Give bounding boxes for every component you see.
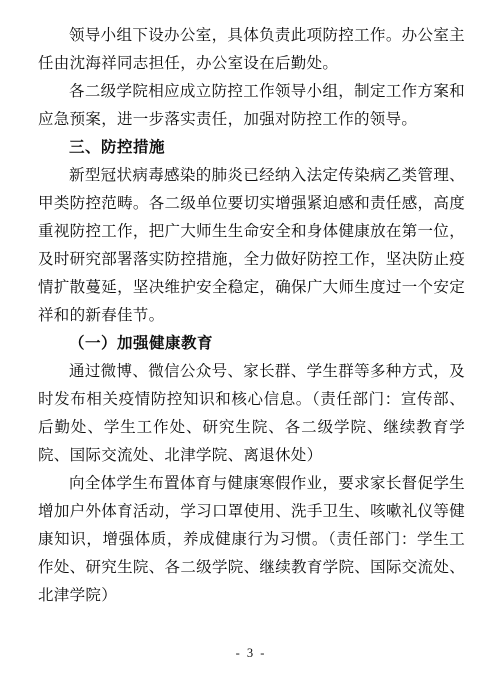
subsection-heading-health-education: （一）加强健康教育 <box>38 330 465 358</box>
paragraph-information-release: 通过微博、微信公众号、家长群、学生群等多种方式，及时发布相关疫情防控知识和核心信… <box>38 358 465 470</box>
paragraph-winter-homework: 向全体学生布置体育与健康寒假作业，要求家长督促学生增加户外体育活动，学习口罩使用… <box>38 470 465 610</box>
document-body: 领导小组下设办公室，具体负责此项防控工作。办公室主任由沈海祥同志担任，办公室设在… <box>38 22 465 610</box>
paragraph-secondary-college-groups: 各二级学院相应成立防控工作领导小组，制定工作方案和应急预案，进一步落实责任，加强… <box>38 78 465 134</box>
paragraph-epidemic-classification: 新型冠状病毒感染的肺炎已经纳入法定传染病乙类管理、甲类防控范畴。各二级单位要切实… <box>38 162 465 330</box>
section-heading-prevention-measures: 三、防控措施 <box>38 134 465 162</box>
paragraph-leading-group-office: 领导小组下设办公室，具体负责此项防控工作。办公室主任由沈海祥同志担任，办公室设在… <box>38 22 465 78</box>
document-page: 领导小组下设办公室，具体负责此项防控工作。办公室主任由沈海祥同志担任，办公室设在… <box>0 0 502 689</box>
page-number: - 3 - <box>0 646 502 661</box>
